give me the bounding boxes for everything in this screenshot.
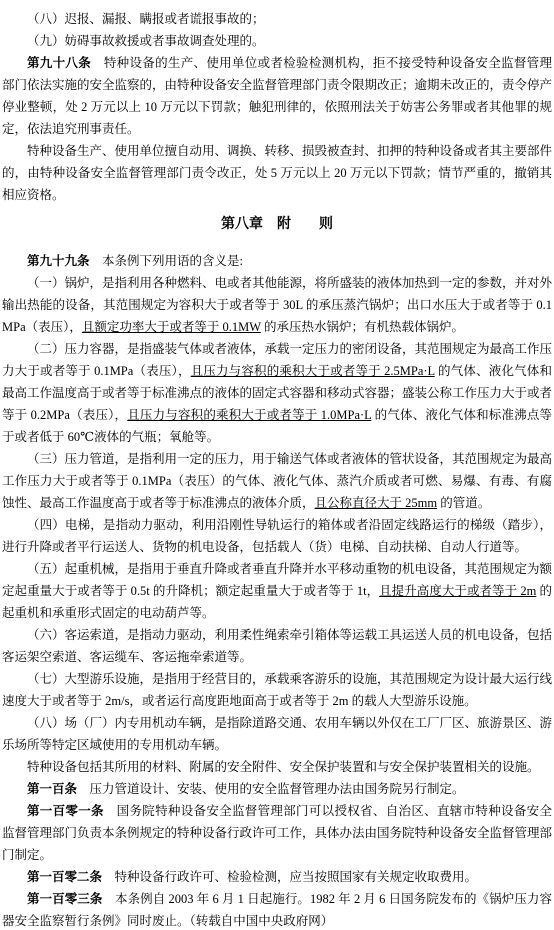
text-segment: 特种设备包括其所用的材料、附属的安全附件、安全保护装置和与安全保护装置相关的设施… [27, 760, 540, 774]
text-segment: （九）妨碍事故救援或者事故调查处理的。 [27, 34, 265, 48]
underlined-text: 且压力与容积的乘积大于或者等于 1.0MPa·L [127, 408, 371, 422]
article-number: 第一百条 [27, 782, 77, 796]
text-segment: 特种设备生产、使用单位擅自动用、调换、转移、损毁被查封、扣押的特种设备或者其主要… [2, 144, 552, 202]
text-segment: （六）客运索道，是指动力驱动，利用柔性绳索牵引箱体等运载工具运送人员的机电设备，… [2, 628, 552, 664]
paragraph: 特种设备包括其所用的材料、附属的安全附件、安全保护装置和与安全保护装置相关的设施… [2, 756, 552, 778]
underlined-text: 且额定功率大于或者等于 0.1MW [82, 320, 261, 334]
text-segment: 的承压热水锅炉；有机热载体锅炉。 [261, 320, 464, 334]
article-number: 第一百零三条 [27, 892, 102, 906]
underlined-text: 且公称直径大于 25mm [315, 496, 438, 510]
paragraph: （八）迟报、漏报、瞒报或者谎报事故的； [2, 8, 552, 30]
paragraph: 特种设备生产、使用单位擅自动用、调换、转移、损毁被查封、扣押的特种设备或者其主要… [2, 140, 552, 206]
text-segment: （八）迟报、漏报、瞒报或者谎报事故的； [27, 12, 265, 26]
paragraph: （八）场（厂）内专用机动车辆，是指除道路交通、农用车辆以外仅在工厂厂区、旅游景区… [2, 712, 552, 756]
text-segment: 的管道。 [437, 496, 490, 510]
paragraph: 第一百零一条 国务院特种设备安全监督管理部门可以授权省、自治区、直辖市特种设备安… [2, 800, 552, 866]
paragraph: 第一百零三条 本条例自 2003 年 6 月 1 日起施行。1982 年 2 月… [2, 888, 552, 930]
text-segment: 特种设备行政许可、检验检测，应当按照国家有关规定收取费用。 [102, 870, 477, 884]
chapter-heading: 第八章 附 则 [2, 214, 552, 236]
underlined-text: 且压力与容积的乘积大于或者等于 2.5MPa·L [191, 364, 435, 378]
paragraph: 第一百零二条 特种设备行政许可、检验检测，应当按照国家有关规定收取费用。 [2, 866, 552, 888]
article-number: 第九十九条 [27, 254, 90, 268]
paragraph: （六）客运索道，是指动力驱动，利用柔性绳索牵引箱体等运载工具运送人员的机电设备，… [2, 624, 552, 668]
article-number: 第九十八条 [27, 56, 91, 70]
text-segment: 压力管道设计、安装、使用的安全监督管理办法由国务院另行制定。 [77, 782, 465, 796]
paragraph: （一）锅炉，是指利用各种燃料、电或者其他能源，将所盛装的液体加热到一定的参数，并… [2, 272, 552, 338]
underlined-text: 且提升高度大于或者等于 2m [379, 584, 536, 598]
text-segment: 本条例下列用语的含义是: [90, 254, 243, 268]
paragraph: （三）压力管道，是指利用一定的压力，用于输送气体或者液体的管状设备，其范围规定为… [2, 448, 552, 514]
text-segment: （八）场（厂）内专用机动车辆，是指除道路交通、农用车辆以外仅在工厂厂区、旅游景区… [2, 716, 552, 752]
paragraph: 第九十八条 特种设备的生产、使用单位或者检验检测机构，拒不接受特种设备安全监督管… [2, 52, 552, 140]
chapter-heading-text: 第八章 附 则 [221, 217, 333, 232]
document-body: （八）迟报、漏报、瞒报或者谎报事故的；（九）妨碍事故救援或者事故调查处理的。第九… [2, 8, 552, 930]
article-number: 第一百零二条 [27, 870, 102, 884]
paragraph: 第一百条 压力管道设计、安装、使用的安全监督管理办法由国务院另行制定。 [2, 778, 552, 800]
paragraph: （四）电梯，是指动力驱动，利用沿刚性导轨运行的箱体或者沿固定线路运行的梯级（踏步… [2, 514, 552, 558]
paragraph: 第九十九条 本条例下列用语的含义是: [2, 250, 552, 272]
paragraph: （九）妨碍事故救援或者事故调查处理的。 [2, 30, 552, 52]
article-number: 第一百零一条 [27, 804, 104, 818]
text-segment: （七）大型游乐设施，是指用于经营目的，承载乘客游乐的设施，其范围规定为设计最大运… [2, 672, 552, 708]
paragraph: （五）起重机械，是指用于垂直升降或者垂直升降并水平移动重物的机电设备，其范围规定… [2, 558, 552, 624]
paragraph: （二）压力容器，是指盛装气体或者液体，承载一定压力的密闭设备，其范围规定为最高工… [2, 338, 552, 448]
legal-document-page: （八）迟报、漏报、瞒报或者谎报事故的；（九）妨碍事故救援或者事故调查处理的。第九… [0, 0, 554, 930]
paragraph: （七）大型游乐设施，是指用于经营目的，承载乘客游乐的设施，其范围规定为设计最大运… [2, 668, 552, 712]
text-segment: （四）电梯，是指动力驱动，利用沿刚性导轨运行的箱体或者沿固定线路运行的梯级（踏步… [2, 518, 552, 554]
